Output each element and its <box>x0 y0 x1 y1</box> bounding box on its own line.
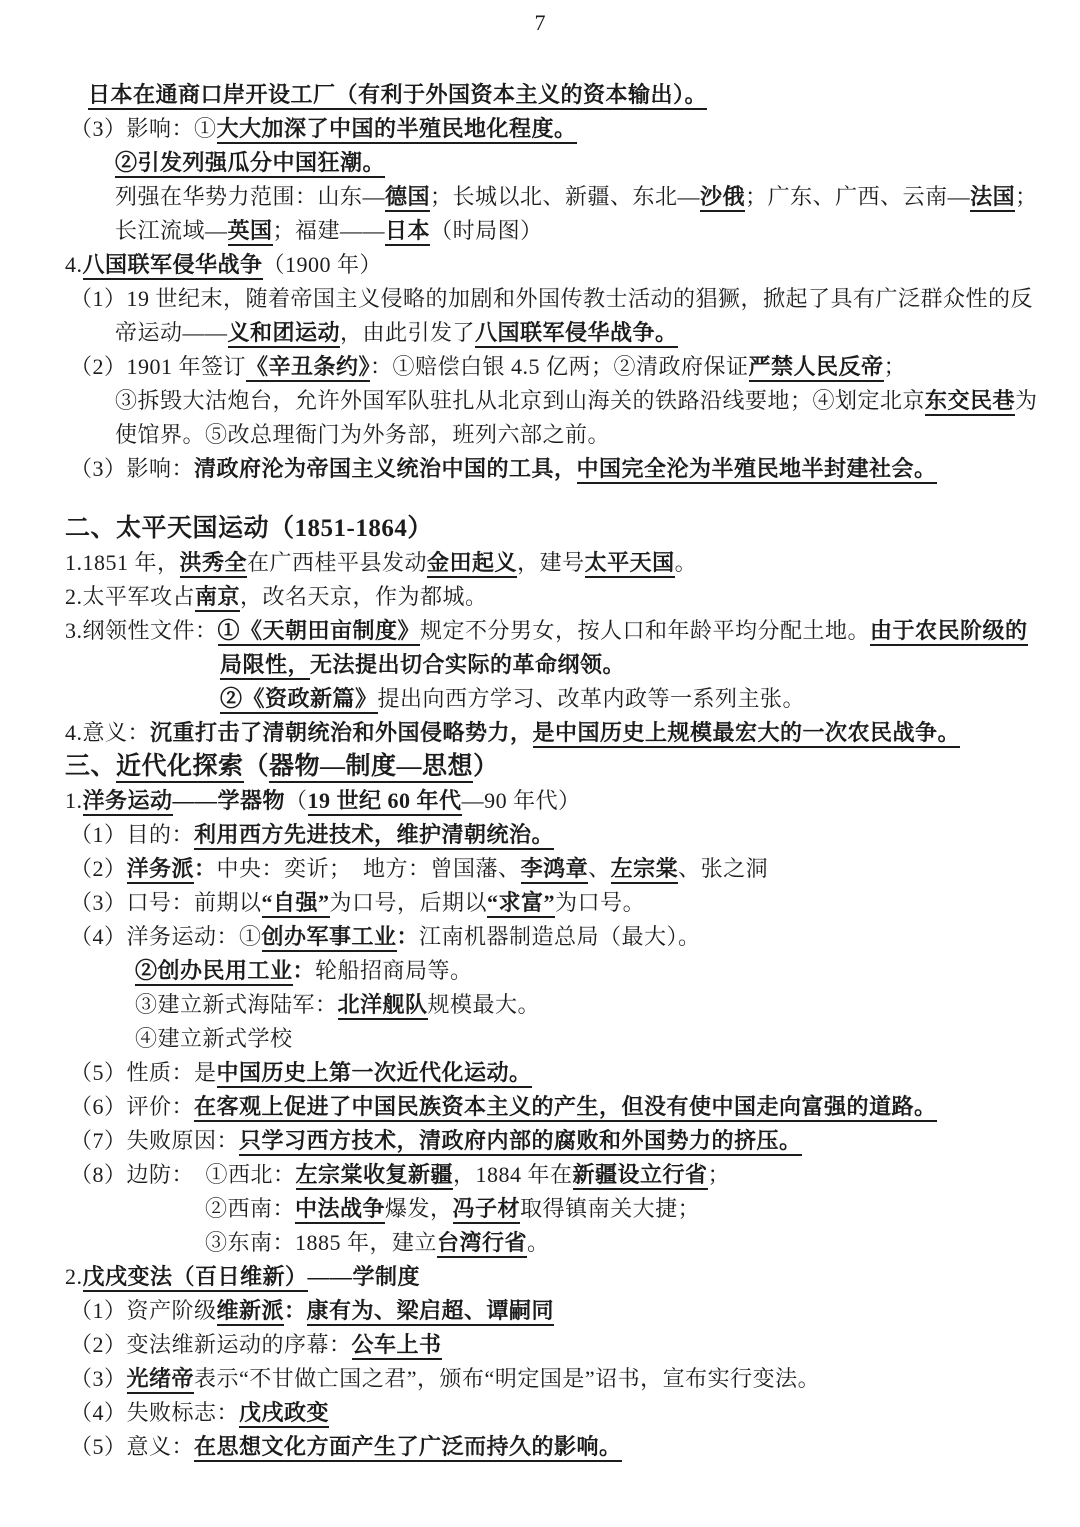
text-run: 沙俄 <box>700 184 745 212</box>
text-run: （2）变法维新运动的序幕： <box>70 1332 352 1357</box>
text-run: ；长城以北、新疆、东北— <box>430 184 700 209</box>
text-run: ③拆毁大沽炮台，允许外国军队驻扎从北京到山海关的铁路沿线要地；④划定北京 <box>115 388 925 413</box>
text-line: 2.戊戌变法（百日维新）——学制度 <box>0 1260 1080 1294</box>
text-run: ②创办民用工业 <box>135 958 293 986</box>
text-run: 4. <box>65 252 83 277</box>
text-run: 器物—制度—思想 <box>269 753 473 783</box>
text-run: 中国历史上第一次近代化运动。 <box>217 1060 532 1088</box>
text-run: ； <box>884 354 907 379</box>
text-line: （3）光绪帝表示“不甘做亡国之君”，颁布“明定国是”诏书，宣布实行变法。 <box>0 1362 1080 1396</box>
text-run: 康有为、梁启超、谭嗣同 <box>307 1298 555 1326</box>
text-run: 1.1851 年， <box>65 550 180 575</box>
text-run: ，1884 年在 <box>453 1162 573 1187</box>
text-line: ②引发列强瓜分中国狂潮。 <box>0 146 1080 180</box>
text-run: （3） <box>70 1366 127 1391</box>
text-run: 为口号，后期以 <box>330 890 488 915</box>
text-line: （4）失败标志：戊戌政变 <box>0 1396 1080 1430</box>
text-run: （7）失败原因： <box>70 1128 239 1153</box>
text-line: （3）口号：前期以“自强”为口号，后期以“求富”为口号。 <box>0 886 1080 920</box>
text-run: 1. <box>65 788 83 813</box>
text-run: “求富” <box>487 890 555 918</box>
text-run: 为 <box>1015 388 1038 413</box>
text-run: ，改名天京，作为都城。 <box>240 584 488 609</box>
text-run: 日本在通商口岸开设工厂（有利于外国资本主义的资本输出）。 <box>88 82 707 110</box>
text-run: 表示“不甘做亡国之君”，颁布“明定国是”诏书，宣布实行变法。 <box>194 1366 820 1391</box>
text-run: 只学习西方技术，清政府内部的腐败和外国势力的挤压。 <box>239 1128 802 1156</box>
text-run: ③建立新式海陆军： <box>135 992 338 1017</box>
text-run: （ <box>244 753 270 780</box>
text-run: 是中国历史上规模最宏大的一次农民战争。 <box>533 720 961 748</box>
text-run: 局限性， <box>220 652 310 680</box>
text-run: 。 <box>527 1230 550 1255</box>
text-run: 规定不分男女，按人口和年龄平均分配土地。 <box>420 618 870 643</box>
text-run: ②西南： <box>205 1196 295 1221</box>
text-line: （3）影响：①大大加深了中国的半殖民地化程度。 <box>0 112 1080 146</box>
text-line: 列强在华势力范围：山东—德国；长城以北、新疆、东北—沙俄；广东、广西、云南—法国… <box>0 180 1080 214</box>
text-run: （2）1901 年签订 <box>70 354 246 379</box>
text-run: 列强在华势力范围：山东— <box>115 184 385 209</box>
text-line: （2）1901 年签订《辛丑条约》：①赔偿白银 4.5 亿两；②清政府保证严禁人… <box>0 350 1080 384</box>
text-run: 。 <box>675 550 698 575</box>
text-line: ④建立新式学校 <box>0 1022 1080 1056</box>
text-run: 清政府沦为帝国主义统治中国的工具， <box>194 456 577 481</box>
text-run: 沉重打击了清朝统治和外国侵略势力， <box>150 720 533 745</box>
text-line: （1）19 世纪末，随着帝国主义侵略的加剧和外国传教士活动的猖獗，掀起了具有广泛… <box>0 282 1080 316</box>
text-run: 洋务运动 <box>83 788 173 816</box>
text-run: 3.纲领性文件： <box>65 618 218 643</box>
text-run: 维新派 <box>217 1298 285 1326</box>
text-run: 八国联军侵华战争。 <box>475 320 678 348</box>
text-run: 江南机器制造总局（最大）。 <box>419 924 701 949</box>
text-run: 帝运动—— <box>115 320 228 345</box>
text-run: 近代化探索 <box>116 753 244 783</box>
text-run: ，建号 <box>517 550 585 575</box>
text-run: 洋务派 <box>127 856 195 884</box>
text-run: ——学器物 <box>173 788 286 813</box>
text-run: 取得镇南关大捷； <box>520 1196 700 1221</box>
document-page: 日本在通商口岸开设工厂（有利于外国资本主义的资本输出）。（3）影响：①大大加深了… <box>0 0 1080 1527</box>
text-line: 日本在通商口岸开设工厂（有利于外国资本主义的资本输出）。 <box>0 78 1080 112</box>
text-run: 戊戌政变 <box>239 1400 329 1428</box>
text-line: （4）洋务运动：①创办军事工业：江南机器制造总局（最大）。 <box>0 920 1080 954</box>
text-run: （1）资产阶级 <box>70 1298 217 1323</box>
text-run: 2.太平军攻占 <box>65 584 195 609</box>
text-run: 严禁人民反帝 <box>749 354 884 382</box>
text-run: 太平天国 <box>585 550 675 578</box>
text-run: ③东南：1885 年，建立 <box>205 1230 437 1255</box>
document-content: 日本在通商口岸开设工厂（有利于外国资本主义的资本输出）。（3）影响：①大大加深了… <box>0 78 1080 1464</box>
text-run: ②《资政新篇》 <box>220 686 378 714</box>
text-run: 法国 <box>970 184 1015 212</box>
text-run: （3）影响： <box>70 456 194 481</box>
text-run: 南京 <box>195 584 240 612</box>
text-run: 由于农民阶级的 <box>870 618 1028 646</box>
section-heading: 二、太平天国运动（1851-1864） <box>0 512 1080 546</box>
text-line: 3.纲领性文件：①《天朝田亩制度》规定不分男女，按人口和年龄平均分配土地。由于农… <box>0 614 1080 648</box>
text-run: 、 <box>588 856 611 881</box>
text-run: 二、太平天国运动（1851-1864） <box>65 515 433 542</box>
text-run: 公车上书 <box>352 1332 442 1360</box>
text-line: （7）失败原因：只学习西方技术，清政府内部的腐败和外国势力的挤压。 <box>0 1124 1080 1158</box>
text-line: 局限性，无法提出切合实际的革命纲领。 <box>0 648 1080 682</box>
text-line: 长江流域—英国；福建——日本（时局图） <box>0 214 1080 248</box>
text-run: 在客观上促进了中国民族资本主义的产生，但没有使中国走向富强的道路。 <box>194 1094 937 1122</box>
text-run: 爆发， <box>385 1196 453 1221</box>
text-run: （1）19 世纪末，随着帝国主义侵略的加剧和外国传教士活动的猖獗，掀起了具有广泛… <box>70 286 1033 311</box>
text-line: （1）目的：利用西方先进技术，维护清朝统治。 <box>0 818 1080 852</box>
text-run: （6）评价： <box>70 1094 194 1119</box>
text-run: ： <box>194 856 217 881</box>
text-run: 八国联军侵华战争 <box>83 252 263 280</box>
text-line: （5）意义：在思想文化方面产生了广泛而持久的影响。 <box>0 1430 1080 1464</box>
text-run: 新疆设立行省 <box>573 1162 708 1190</box>
text-line: ③拆毁大沽炮台，允许外国军队驻扎从北京到山海关的铁路沿线要地；④划定北京东交民巷… <box>0 384 1080 418</box>
text-run: ——学制度 <box>308 1264 421 1289</box>
text-run: “自强” <box>262 890 330 918</box>
text-run: 、张之洞 <box>678 856 768 881</box>
text-line: 4.意义：沉重打击了清朝统治和外国侵略势力，是中国历史上规模最宏大的一次农民战争… <box>0 716 1080 750</box>
text-run: （4）失败标志： <box>70 1400 239 1425</box>
text-run: （2） <box>70 856 127 881</box>
text-run: 义和团运动 <box>228 320 341 348</box>
text-run: 英国 <box>228 218 273 246</box>
text-run: 洪秀全 <box>180 550 248 578</box>
text-line: 1.1851 年，洪秀全在广西桂平县发动金田起义，建号太平天国。 <box>0 546 1080 580</box>
page-footer: 7 <box>0 6 1080 40</box>
text-line: 帝运动——义和团运动，由此引发了八国联军侵华战争。 <box>0 316 1080 350</box>
text-line: 使馆界。⑤改总理衙门为外务部，班列六部之前。 <box>0 418 1080 452</box>
text-run: 北洋舰队 <box>338 992 428 1020</box>
text-line: ②创办民用工业：轮船招商局等。 <box>0 954 1080 988</box>
text-run: 提出向西方学习、改革内政等一系列主张。 <box>378 686 806 711</box>
text-run: ：①赔偿白银 4.5 亿两；②清政府保证 <box>370 354 749 379</box>
text-run: 为口号。 <box>555 890 645 915</box>
text-line: 1.洋务运动——学器物（19 世纪 60 年代—90 年代） <box>0 784 1080 818</box>
text-run: （5）意义： <box>70 1434 194 1459</box>
text-run: （1900 年） <box>263 252 383 277</box>
text-run: （ <box>285 788 308 813</box>
text-run: 规模最大。 <box>428 992 541 1017</box>
text-run: 日本 <box>385 218 430 246</box>
text-run: （8）边防： ①西北： <box>70 1162 296 1187</box>
text-run: 戊戌变法（百日维新） <box>83 1264 308 1292</box>
text-run: 李鸿章 <box>521 856 589 884</box>
text-line: ②《资政新篇》提出向西方学习、改革内政等一系列主张。 <box>0 682 1080 716</box>
text-run: 中国完全沦为半殖民地半封建社会。 <box>577 456 937 484</box>
text-run: ： <box>397 924 420 949</box>
text-run: 德国 <box>385 184 430 212</box>
text-run: ；福建—— <box>273 218 386 243</box>
section-heading: 三、近代化探索（器物—制度—思想） <box>0 750 1080 784</box>
text-line: ②西南：中法战争爆发，冯子材取得镇南关大捷； <box>0 1192 1080 1226</box>
text-run: 东交民巷 <box>925 388 1015 416</box>
text-run: ： <box>284 1298 307 1323</box>
text-line: （5）性质：是中国历史上第一次近代化运动。 <box>0 1056 1080 1090</box>
text-line: （2）变法维新运动的序幕：公车上书 <box>0 1328 1080 1362</box>
text-run: 创办军事工业 <box>262 924 397 952</box>
text-run: ；广东、广西、云南— <box>745 184 970 209</box>
text-run: （3）影响：① <box>70 116 217 141</box>
text-line: （8）边防： ①西北：左宗棠收复新疆，1884 年在新疆设立行省； <box>0 1158 1080 1192</box>
text-run: 在广西桂平县发动 <box>247 550 427 575</box>
text-run: 长江流域— <box>115 218 228 243</box>
text-run: 左宗棠 <box>611 856 679 884</box>
text-run: 中法战争 <box>295 1196 385 1224</box>
text-run: 2. <box>65 1264 83 1289</box>
text-run: ； <box>1015 184 1038 209</box>
text-run: ②引发列强瓜分中国狂潮。 <box>115 150 385 178</box>
text-run: 光绪帝 <box>127 1366 195 1394</box>
text-run: 台湾行省 <box>437 1230 527 1258</box>
text-run: 大大加深了中国的半殖民地化程度。 <box>217 116 577 144</box>
text-run: ①《天朝田亩制度》 <box>218 618 421 646</box>
text-line: （6）评价：在客观上促进了中国民族资本主义的产生，但没有使中国走向富强的道路。 <box>0 1090 1080 1124</box>
text-run: 金田起义 <box>427 550 517 578</box>
text-run: ） <box>473 753 499 780</box>
text-line: （1）资产阶级维新派：康有为、梁启超、谭嗣同 <box>0 1294 1080 1328</box>
text-run: 4.意义： <box>65 720 150 745</box>
text-run: （3）口号：前期以 <box>70 890 262 915</box>
text-run: （4）洋务运动：① <box>70 924 262 949</box>
text-line: （3）影响：清政府沦为帝国主义统治中国的工具，中国完全沦为半殖民地半封建社会。 <box>0 452 1080 486</box>
text-run: 利用西方先进技术，维护清朝统治。 <box>194 822 554 850</box>
text-run: ； <box>708 1162 731 1187</box>
text-line: 4.八国联军侵华战争（1900 年） <box>0 248 1080 282</box>
text-run: 左宗棠收复新疆 <box>296 1162 454 1190</box>
text-run: （时局图） <box>430 218 543 243</box>
text-line: ③建立新式海陆军：北洋舰队规模最大。 <box>0 988 1080 1022</box>
text-run: —90 年代） <box>462 788 581 813</box>
page-number: 7 <box>535 10 546 35</box>
text-run: 在思想文化方面产生了广泛而持久的影响。 <box>194 1434 622 1462</box>
text-run: ： <box>293 958 316 983</box>
text-line: （2）洋务派：中央：奕䜣； 地方：曾国藩、李鸿章、左宗棠、张之洞 <box>0 852 1080 886</box>
text-run: （5）性质：是 <box>70 1060 217 1085</box>
text-run: ，由此引发了 <box>340 320 475 345</box>
text-run: 《辛丑条约》 <box>246 354 370 382</box>
text-run: 中央：奕䜣； 地方：曾国藩、 <box>217 856 521 881</box>
text-run: 冯子材 <box>453 1196 521 1224</box>
text-line: ③东南：1885 年，建立台湾行省。 <box>0 1226 1080 1260</box>
text-run: 轮船招商局等。 <box>315 958 473 983</box>
text-run: 无法提出切合实际的革命纲领。 <box>310 652 625 677</box>
text-run: ④建立新式学校 <box>135 1026 293 1051</box>
text-run: 19 世纪 60 年代 <box>308 788 462 816</box>
text-run: 三、 <box>65 753 116 780</box>
text-run: （1）目的： <box>70 822 194 847</box>
text-run: 使馆界。⑤改总理衙门为外务部，班列六部之前。 <box>115 422 610 447</box>
text-line: 2.太平军攻占南京，改名天京，作为都城。 <box>0 580 1080 614</box>
